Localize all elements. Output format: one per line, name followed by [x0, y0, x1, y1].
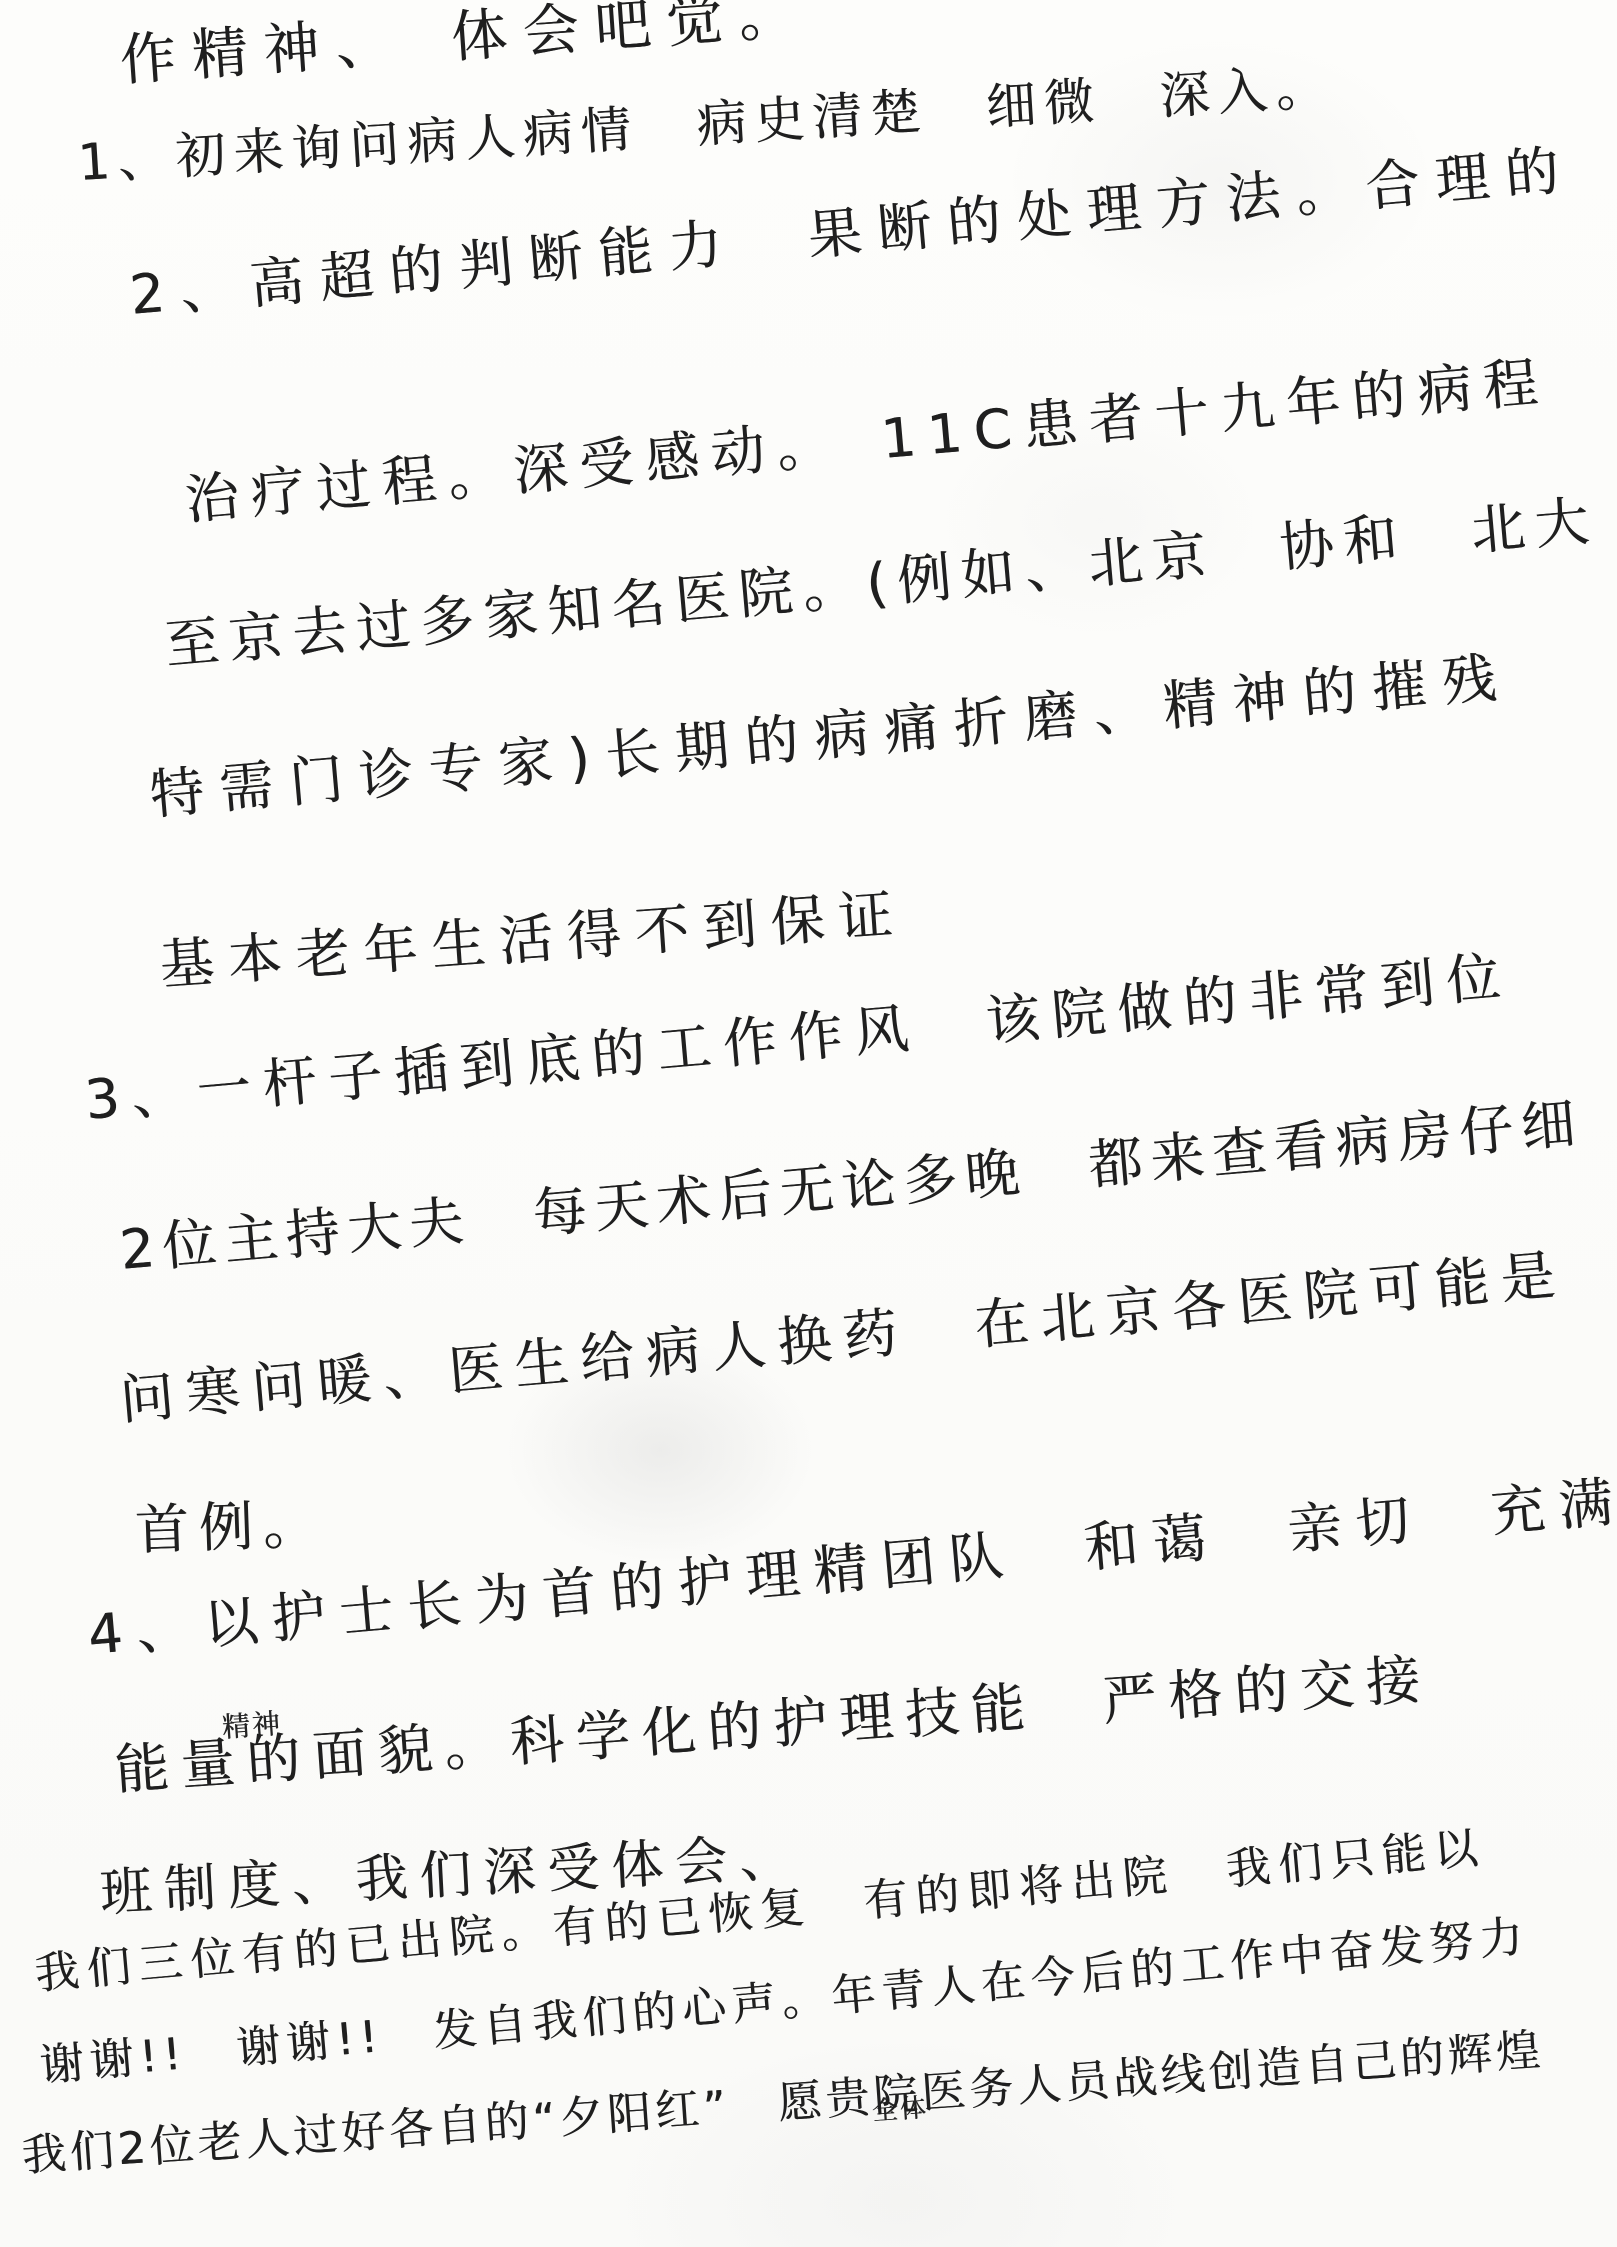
scanned-page: 作精神、 体会吧觉。 1、初来询问病人病情 病史清楚 细微 深入。 2、高超的判… — [0, 0, 1617, 2247]
line-item-2-c: 至京去过多家知名医院。(例如、北京 协和 北大 — [162, 490, 1601, 677]
line-item-4-b: 能量的面貌。科学化的护理技能 严格的交接 — [113, 1648, 1434, 1802]
line-item-2-d: 特需门诊专家)长期的病痛折磨、精神的摧残 — [147, 646, 1514, 827]
line-item-3-d: 首例。 — [134, 1493, 328, 1562]
line-item-3-c: 问寒问暖、医生给病人换药 在北京各医院可能是 — [117, 1244, 1569, 1432]
line-continuation: 作精神、 体会吧觉。 — [118, 0, 813, 94]
line-item-2-b: 治疗过程。深受感动。 11C患者十九年的病程 — [182, 351, 1552, 532]
line-item-3-b: 2位主持大夫 每天术后无论多晚 都来查看病房仔细 — [117, 1092, 1585, 1282]
line-item-2-e: 基本老年生活得不到保证 — [158, 883, 909, 997]
